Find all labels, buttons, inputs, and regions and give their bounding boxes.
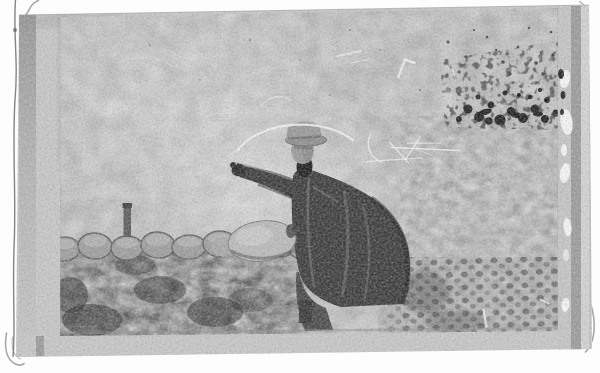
film-grain-overlay [16, 4, 594, 358]
sleeve-edge-blob [13, 28, 17, 32]
photograph [0, 0, 600, 373]
scanned-photo [0, 0, 600, 373]
